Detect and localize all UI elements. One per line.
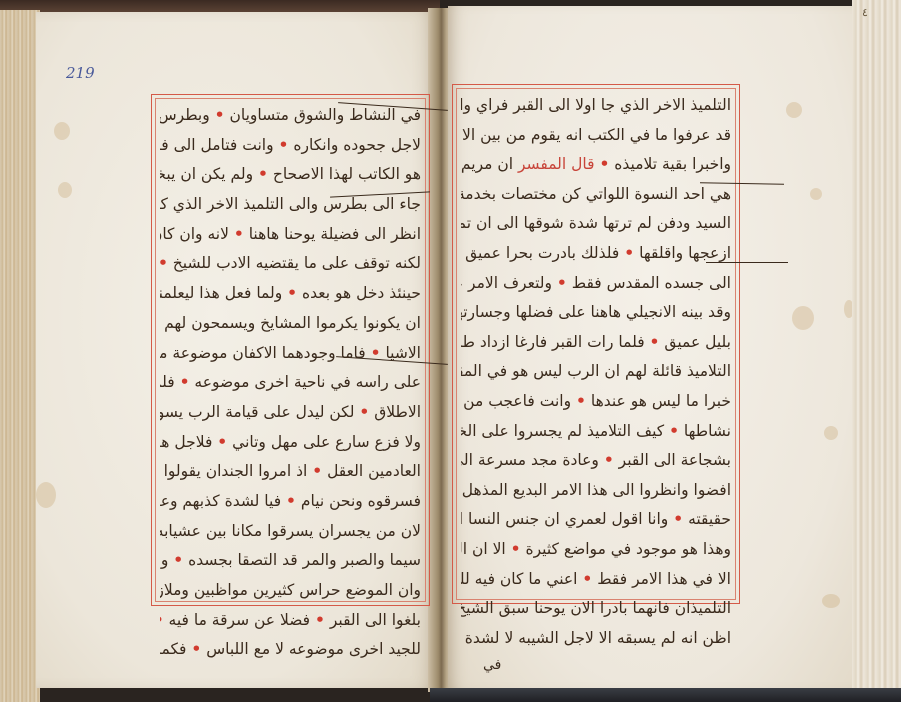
text-line: الا في هذا الامر فقط • اعني ما كان فيه ل…	[461, 565, 731, 595]
red-punctuation-dot: •	[511, 540, 521, 558]
text-line: قد عرفوا ما في الكتب انه يقوم من بين الا…	[461, 121, 731, 151]
text-line: بشجاعة الى القبر • وعادة مجد مسرعة الى ا…	[461, 446, 731, 476]
red-punctuation-dot: •	[215, 106, 225, 124]
text-line: على راسه في ناحية اخرى موضوعه • فلم يجري…	[160, 368, 421, 398]
red-punctuation-dot: •	[160, 611, 164, 629]
red-punctuation-dot: •	[315, 611, 325, 629]
red-punctuation-dot: •	[599, 155, 609, 173]
red-punctuation-dot: •	[624, 244, 634, 262]
red-punctuation-dot: •	[557, 274, 567, 292]
red-punctuation-dot: •	[173, 551, 183, 569]
text-line: لكنه توقف على ما يقتضيه الادب للشيخ • ال…	[160, 249, 421, 279]
text-line: خبرا ما ليس هو عندها • وانت فاعجب من ذلك…	[461, 387, 731, 417]
red-punctuation-dot: •	[371, 344, 381, 362]
red-punctuation-dot: •	[312, 462, 322, 480]
red-punctuation-dot: •	[650, 333, 660, 351]
right-text-frame: التلميذ الاخر الذي جا اولا الى القبر فرا…	[452, 84, 740, 604]
stain	[822, 594, 840, 608]
red-punctuation-dot: •	[669, 422, 679, 440]
book-cover-top-edge	[0, 0, 440, 12]
stain	[36, 482, 56, 508]
text-line: وقد بينه الانجيلي هاهنا على فضلها وجسارت…	[461, 298, 731, 328]
text-line: السيد ودفن لم ترتها شدة شوقها الى ان تمه…	[461, 209, 731, 239]
text-line: نشاطها • كيف التلاميذ لم يجسروا على الخر…	[461, 417, 731, 447]
text-line: فسرقوه ونحن نيام • فيا لشدة كذبهم وعدم ا…	[160, 487, 421, 517]
right-fore-edge	[852, 0, 901, 702]
text-line: في النشاط والشوق متساويان • وبطرس في مسي…	[160, 101, 421, 131]
red-punctuation-dot: •	[258, 165, 268, 183]
stain	[824, 426, 838, 440]
red-punctuation-dot: •	[287, 284, 297, 302]
red-punctuation-dot: •	[604, 451, 614, 469]
text-line: التلميذ الاخر الذي جا اولا الى القبر فرا…	[461, 91, 731, 121]
text-line: انظر الى فضيلة يوحنا هاهنا • لانه وان كا…	[160, 220, 421, 250]
catchword: في	[483, 657, 501, 673]
text-line: لاجل جحوده وانكاره • وانت فتامل الى فضل …	[160, 131, 421, 161]
red-punctuation-dot: •	[673, 510, 683, 528]
folio-number: 219	[66, 64, 95, 82]
book-cover-bottom-edge	[430, 688, 901, 702]
text-line: ازعجها واقلقها • فلذلك بادرت بحرا عميق ل…	[461, 239, 731, 269]
red-punctuation-dot: •	[279, 136, 289, 154]
red-punctuation-dot: •	[582, 570, 592, 588]
manuscript-photo: 219 ٤ في النشاط والشوق متساويان • وبطرس …	[0, 0, 901, 702]
red-punctuation-dot: •	[160, 254, 168, 272]
text-line: للجيد اخرى موضوعه لا مع اللباس • فكما ان…	[160, 635, 421, 665]
text-line: التلميذان فانهما بادرا الان يوحنا سبق ال…	[461, 594, 731, 624]
stain	[58, 182, 72, 198]
text-line: ان يكونوا يكرموا المشايخ ويسمحون لهم في …	[160, 309, 421, 339]
text-line: هو الكاتب لهذا الاصحاح • ولم يكن ان يبخس…	[160, 160, 421, 190]
left-text-lines: في النشاط والشوق متساويان • وبطرس في مسي…	[160, 101, 421, 665]
text-line: سيما والصبر والمر قد التصقا بجسده • وهذا…	[160, 546, 421, 576]
text-line: بليل عميق • فلما رات القبر فارغا ازداد ط…	[461, 328, 731, 358]
text-line: واخبرا بقية تلاميذه • قال المفسر ان مريم…	[461, 150, 731, 180]
text-line: وهذا هو موجود في مواضع كثيرة • الا ان ال…	[461, 535, 731, 565]
stain	[810, 188, 822, 200]
edge-mark: ٤	[862, 6, 868, 19]
stain	[786, 102, 802, 118]
text-line: حينئذ دخل هو بعده • ولما فعل هذا ليعلمنا…	[160, 279, 421, 309]
red-punctuation-dot: •	[576, 392, 586, 410]
text-line: ولا فزع سارع على مهل وتاني • فلاجل هذا ب…	[160, 428, 421, 458]
text-line: حقيقته • وانا اقول لعمري ان جنس النسا اش…	[461, 505, 731, 535]
text-line: الاطلاق • لكن ليدل على قيامة الرب يسوع ا…	[160, 398, 421, 428]
text-line: اظن انه لم يسبقه الا لاجل الشيبه لا لشدة…	[461, 624, 731, 654]
red-punctuation-dot: •	[359, 403, 369, 421]
text-line: جاء الى بطرس والى التلميذ الاخر الذي كان…	[160, 190, 421, 220]
text-line: الاشيا • فاما وجودهما الاكفان موضوعة مفر…	[160, 339, 421, 369]
text-line: لان من يجسران يسرقوا مكانا بين عشيابه وا…	[160, 517, 421, 547]
red-punctuation-dot: •	[286, 492, 296, 510]
right-text-lines: التلميذ الاخر الذي جا اولا الى القبر فرا…	[461, 91, 731, 653]
text-line: الى جسده المقدس فقط • ولتعرف الامر على ج…	[461, 269, 731, 299]
text-line: وان الموضع حراس كثيرين مواظبين وملازمين …	[160, 576, 421, 606]
red-punctuation-dot: •	[191, 640, 201, 658]
red-punctuation-dot: •	[217, 433, 227, 451]
stain	[792, 306, 814, 330]
text-line: التلاميذ قائلة لهم ان الرب ليس هو في الم…	[461, 357, 731, 387]
red-rubric: قال المفسر	[518, 155, 595, 173]
text-line: العادمين العقل • اذ امروا الجندان يقولوا…	[160, 457, 421, 487]
text-line: بلغوا الى القبر • فضلا عن سرقة ما فيه • …	[160, 606, 421, 636]
left-text-frame: في النشاط والشوق متساويان • وبطرس في مسي…	[151, 94, 430, 606]
red-punctuation-dot: •	[180, 373, 190, 391]
stain	[54, 122, 70, 140]
text-line: هي احد النسوة اللواتي كن مختصات بخدمة يس…	[461, 180, 731, 210]
left-fore-edge	[0, 10, 40, 702]
red-punctuation-dot: •	[234, 225, 244, 243]
text-line: افضوا وانظروا الى هذا الامر البديع المذه…	[461, 476, 731, 506]
